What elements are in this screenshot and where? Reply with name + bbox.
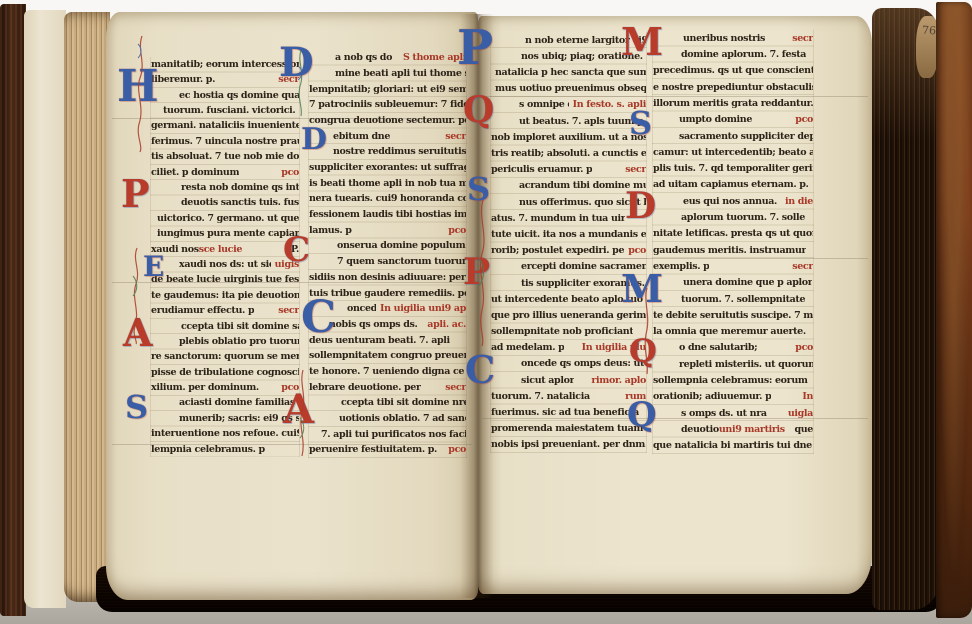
body-text: ad uitam capiamus eternam. p.	[653, 180, 809, 190]
margin-flourish	[640, 286, 654, 376]
margin-flourish	[296, 368, 310, 458]
text-line: pisse de tribulatione cognoscit au	[151, 365, 299, 380]
body-text: la omnia que meremur auerte.	[653, 327, 806, 337]
text-line: fuerimus. sic ad tua beneficia	[491, 404, 646, 420]
body-text: precedimus. qs ut que conscienti	[653, 66, 813, 76]
text-line: la omnia que meremur auerte.	[653, 323, 813, 339]
body-text: que pro illius ueneranda gerim9	[491, 311, 646, 321]
body-text: 7. apli tui purificatos nos faciat	[321, 430, 466, 440]
text-line: ec hostia qs domine qua in sce	[151, 88, 299, 103]
body-text: tris reatib; absoluti. a cunctis et	[491, 149, 646, 159]
body-text: lempnitatib; gloriari: ut ei9 semp	[309, 85, 466, 95]
text-line: fessionem laudis tibi hostias immo	[309, 207, 466, 223]
text-line: is beati thome apli in nob tua mu	[309, 176, 466, 192]
body-text: sollempnitatem congruo preueni	[309, 351, 466, 361]
body-text: ec hostia qs domine qua in sce	[179, 91, 299, 101]
illuminated-initial: P	[121, 178, 149, 210]
body-text: tute uicit. ita nos a mundanis er	[491, 230, 646, 240]
text-line: periculis eruamur. psecr	[491, 162, 646, 178]
body-text: periculis eruamur. p	[491, 165, 592, 175]
margin-flourish	[128, 246, 144, 346]
illuminated-initial: P	[457, 28, 493, 69]
body-text: uictorico. 7 germano. ut que ore	[157, 214, 299, 224]
illuminated-initial: S	[125, 394, 148, 421]
body-text: domine aplorum. 7. festa	[681, 50, 806, 60]
body-text: mus uotiuo preuenimus obsequio	[495, 84, 646, 94]
body-text: a nob qs do	[335, 53, 392, 63]
body-text: sacramento suppliciter depre	[679, 132, 813, 142]
rubric-text: In	[798, 392, 813, 402]
text-line: te honore. 7 ueniendo digna ce	[309, 364, 466, 380]
body-text: tis absoluat. 7 tue nob mie dona co	[151, 152, 299, 162]
text-line: mine beati apli tui thome so	[309, 66, 466, 82]
body-text: e nostre prepediuntur obstaculis.	[653, 83, 813, 93]
body-text: plis tuis. 7. qd temporaliter gerim9	[653, 164, 813, 174]
text-line: e nostre prepediuntur obstaculis.	[653, 79, 813, 95]
text-line: uneribus nostrissecr	[653, 30, 813, 46]
body-text: te gaudemus: ita pie deuotionis	[151, 291, 299, 301]
body-text: rorib; postulet expediri. per	[491, 246, 624, 256]
text-line: precedimus. qs ut que conscienti	[653, 63, 813, 79]
text-line: nus offerimus. quo sicut be	[491, 194, 646, 210]
text-line: deuotis sanctis tuis. fusciano	[151, 196, 299, 211]
text-line: tuorum. fusciani. victorici. 7	[151, 103, 299, 118]
body-text: lebrare deuotione. per	[309, 383, 421, 393]
body-text: sicut aplor	[521, 376, 574, 386]
body-text: xilium. per dominum.	[151, 383, 259, 393]
left-page-edges	[64, 12, 110, 602]
text-line: s omnipe deus.In festo. s. apli	[491, 97, 646, 113]
rubric-text: rimor. aplo	[587, 376, 646, 386]
illuminated-initial: C	[301, 299, 336, 336]
text-line: ad uitam capiamus eternam. p.	[653, 177, 813, 193]
right-leather-cover	[936, 2, 972, 618]
rubric-text: apli. ac.	[423, 320, 466, 330]
body-text: aplorum tuorum. 7. solle	[681, 213, 805, 223]
body-text: que	[790, 425, 813, 435]
text-line: repleti misteriis. ut quorum	[653, 356, 813, 372]
text-line: promerenda maiestatem tuam p	[491, 421, 646, 437]
body-text: ut beatus. 7. apls tuum p	[519, 117, 643, 127]
body-text: oncede	[347, 304, 376, 314]
illuminated-initial: D	[625, 191, 656, 222]
body-text: resta nob domine qs intuere	[181, 183, 299, 193]
text-line: sollempnitate nob proficiant	[491, 323, 646, 339]
body-text: s omnipe deus.	[519, 100, 569, 110]
body-text: gaudemus meritis. instruamur	[653, 246, 806, 256]
rubric-text: sce lucie	[199, 245, 242, 255]
body-text: manitatib; eorum intercessionib;	[151, 60, 299, 70]
folio-number: 76	[922, 24, 937, 38]
text-line: rorib; postulet expediri. perpco	[491, 242, 646, 258]
rubric-text: pco	[791, 115, 813, 125]
rubric-text: In uigilia uni9 ap	[376, 304, 466, 314]
body-text: atus. 7. mundum in tua uir	[491, 214, 625, 224]
text-line: lebrare deuotione. persecr	[309, 379, 466, 395]
body-text: peruenire festiuitatem. p.	[309, 445, 437, 455]
text-line: o dne salutarib;pco	[653, 340, 813, 356]
body-text: promerenda maiestatem tuam p	[491, 424, 646, 434]
text-line: s omps ds. ut nrauigla	[653, 405, 813, 421]
text-line: exemplis. psecr	[653, 258, 813, 274]
body-text: xaudi nos ds: ut sicut	[179, 260, 271, 270]
body-text: te debite seruitutis suscipe. 7 ma	[653, 311, 813, 321]
text-line: 7 quem sanctorum tuorum pre	[309, 254, 466, 270]
text-line: natalicia p hec sancta que sumpsi	[491, 64, 646, 80]
right-fore-edge	[872, 8, 938, 610]
body-text: is beati thome apli in nob tua mu	[309, 179, 466, 189]
text-line: te gaudemus: ita pie deuotionis	[151, 288, 299, 303]
body-text: iungimus pura mente capiam9	[157, 229, 299, 239]
text-line: munerib; sacris: ei9 qs semp	[151, 411, 299, 426]
rubric-text: S thome apli	[399, 53, 466, 63]
text-line: nob imploret auxilium. ut a nos	[491, 129, 646, 145]
text-line: lempnitatib; gloriari: ut ei9 semp	[309, 81, 466, 97]
text-line: re sanctorum: quorum se meritis perce	[151, 349, 299, 364]
body-text: nitate letificas. presta qs ut quoru	[653, 229, 813, 239]
text-line: xilium. per dominum.pco	[151, 380, 299, 395]
rubric-text: secr	[788, 34, 813, 44]
text-line: ut beatus. 7. apls tuum p	[491, 113, 646, 129]
body-text: te honore. 7 ueniendo digna ce	[309, 367, 464, 377]
body-text: umpto domine	[679, 115, 752, 125]
illuminated-initial: S	[629, 110, 652, 137]
text-line: oncede qs omps deus: ut	[491, 356, 646, 372]
text-line: resta nob domine qs intuere	[151, 180, 299, 195]
text-line: eus qui nos annua.in die	[653, 193, 813, 209]
body-text: eus qui nos annua.	[683, 197, 777, 207]
rubric-text: secr	[441, 132, 466, 142]
text-line: que natalicia bi martiris tui dne	[653, 437, 813, 453]
text-line: ciliet. p dominumpco	[151, 165, 299, 180]
illuminated-initial: M	[621, 26, 663, 58]
body-text: liberemur. p.	[151, 75, 215, 85]
text-line: de beate lucie uirginis tue festiuita	[151, 272, 299, 287]
left-page-column-1: manitatib; eorum intercessionib;liberemu…	[150, 57, 300, 457]
body-text: de beate lucie uirginis tue festiuita	[151, 275, 299, 285]
rubric-text: uni9 martiris	[719, 425, 785, 435]
margin-flourish	[294, 48, 308, 118]
body-text: germani. nataliciis inuenientes of	[151, 121, 299, 131]
margin-flourish	[134, 34, 148, 154]
text-line: tuorum. 7. sollempnitate	[653, 291, 813, 307]
body-text: s omps ds. ut nra	[681, 409, 767, 419]
body-text: tuorum. 7. natalicia	[491, 392, 590, 402]
rubric-text: secr	[621, 165, 646, 175]
illuminated-initial: C	[465, 354, 495, 386]
left-page-column-2: a nob qs doS thome aplimine beati apli t…	[308, 50, 467, 458]
body-text: interuentione nos refoue. cui9 so	[151, 429, 299, 439]
text-line: sollempnia celebramus: eorum	[653, 372, 813, 388]
body-text: nob imploret auxilium. ut a nos	[491, 133, 646, 143]
body-text: uotionis oblatio. 7 ad sancta	[339, 414, 466, 424]
text-line: plebis oblatio pro tuorum hono	[151, 334, 299, 349]
body-text: unera domine que p aplor	[683, 278, 812, 288]
left-leather-cover	[0, 4, 26, 616]
text-line: sacramento suppliciter depre	[653, 128, 813, 144]
rubric-text: in die	[781, 197, 813, 207]
text-line: sicut aplorrimor. aplo	[491, 372, 646, 388]
text-line: tuorum. 7. nataliciarum	[491, 388, 646, 404]
body-text: nobis ipsi preueniant. per dnm.	[491, 440, 646, 450]
text-line: interuentione nos refoue. cui9 so	[151, 426, 299, 441]
illuminated-initial: Q	[463, 95, 494, 126]
text-line: mus uotiuo preuenimus obsequio	[491, 81, 646, 97]
illuminated-initial: Q	[627, 401, 656, 430]
text-line: nitate letificas. presta qs ut quoru	[653, 226, 813, 242]
text-line: liberemur. p.secr	[151, 72, 299, 87]
text-line: uictorico. 7 germano. ut que ore	[151, 211, 299, 226]
text-line: sidiis non desinis adiuuare: perpe	[309, 270, 466, 286]
body-text: sollempnitate nob proficiant	[491, 327, 633, 337]
body-text: plebis oblatio pro tuorum hono	[179, 337, 299, 347]
text-line: xaudi nos ds: ut sicutuigis	[151, 257, 299, 272]
body-text: sidiis non desinis adiuuare: perpe	[309, 273, 466, 283]
left-flyleaf	[24, 10, 66, 608]
body-text: re sanctorum: quorum se meritis perce	[151, 352, 299, 362]
text-line: lempnia celebramus. p	[151, 442, 299, 457]
text-line: atus. 7. mundum in tua uir	[491, 210, 646, 226]
body-text: illorum meritis grata reddantur. p.	[653, 99, 813, 109]
body-text: tuorum. 7. sollempnitate	[681, 295, 805, 305]
body-text: 7 patrociniis subleuemur: 7 fide	[309, 100, 466, 110]
body-text: sollempnia celebramus: eorum	[653, 376, 808, 386]
text-line: gaudemus meritis. instruamur	[653, 242, 813, 258]
text-line: domine aplorum. 7. festa	[653, 46, 813, 62]
body-text: pisse de tribulatione cognoscit au	[151, 368, 299, 378]
text-line: umpto dominepco	[653, 111, 813, 127]
rubric-text: secr	[788, 262, 813, 272]
text-line: peruenire festiuitatem. p.pco	[309, 442, 466, 458]
body-text: nobis qs omps ds.	[329, 320, 417, 330]
body-text: nostre reddimus seruitutis	[333, 147, 466, 157]
text-line: 7. apli tui purificatos nos faciat	[309, 427, 466, 443]
body-text: o dne salutarib;	[679, 343, 757, 353]
text-line: te debite seruitutis suscipe. 7 ma	[653, 307, 813, 323]
text-line: plis tuis. 7. qd temporaliter gerim9	[653, 160, 813, 176]
body-text: erudiamur effectu. p	[151, 306, 254, 316]
rubric-text: secr	[274, 306, 299, 316]
body-text: lamus. p	[309, 226, 352, 236]
text-line: tis absoluat. 7 tue nob mie dona co	[151, 149, 299, 164]
text-line: uotionis oblatio. 7 ad sancta	[309, 411, 466, 427]
body-text: 7 quem sanctorum tuorum pre	[337, 257, 466, 267]
illuminated-initial: E	[143, 255, 164, 279]
rubric-text: pco	[444, 445, 466, 455]
text-line: nostre reddimus seruitutis	[309, 144, 466, 160]
right-page-column-2: uneribus nostrissecrdomine aplorum. 7. f…	[652, 30, 814, 454]
text-line: ad medelam. pIn uigilia plu	[491, 340, 646, 356]
body-text: nera tuearis. cui9 honoranda con	[309, 194, 466, 204]
body-text: ccepta tibi sit domine sacrate	[181, 322, 299, 332]
text-line: ccepta tibi sit domine sacrate	[151, 319, 299, 334]
text-line: tute uicit. ita nos a mundanis er	[491, 226, 646, 242]
text-line: illorum meritis grata reddantur. p.	[653, 95, 813, 111]
text-line: aciasti domine familias tua	[151, 396, 299, 411]
body-text: natalicia p hec sancta que sumpsi	[495, 68, 646, 78]
text-line: manitatib; eorum intercessionib;	[151, 57, 299, 72]
body-text: ciliet. p dominum	[151, 168, 239, 178]
body-text: fessionem laudis tibi hostias immo	[309, 210, 466, 220]
body-text: onserua domine populum tuum	[337, 241, 466, 251]
body-text: deuotio	[681, 425, 719, 435]
text-line: congrua deuotione sectemur. per	[309, 113, 466, 129]
text-line: nera tuearis. cui9 honoranda con	[309, 191, 466, 207]
body-text: oncede qs omps deus: ut	[521, 359, 644, 369]
text-line: deuotiouni9 martiris que	[653, 421, 813, 437]
rubric-text: uigla	[784, 409, 813, 419]
text-line: ferimus. 7 uincula nostre prauita	[151, 134, 299, 149]
body-text: deuotis sanctis tuis. fusciano	[181, 198, 299, 208]
text-line: onserua domine populum tuum	[309, 238, 466, 254]
rubric-text: pco	[624, 246, 646, 256]
text-line: xaudi nos sce lucieP.	[151, 242, 299, 257]
text-line: germani. nataliciis inuenientes of	[151, 119, 299, 134]
text-line: orationib; adiuuemur. pIn	[653, 389, 813, 405]
text-line: acrandum tibi domine mu	[491, 178, 646, 194]
body-text: mine beati apli tui thome so	[335, 69, 466, 79]
body-text: ferimus. 7 uincula nostre prauita	[151, 137, 299, 147]
text-line: 7 patrociniis subleuemur: 7 fide	[309, 97, 466, 113]
text-line: suppliciter exorantes: ut suffragi	[309, 160, 466, 176]
rubric-text: pco	[791, 343, 813, 353]
body-text: uneribus nostris	[683, 34, 765, 44]
text-line: sollempnitatem congruo preueni	[309, 348, 466, 364]
illuminated-initial: C	[283, 236, 310, 265]
text-line: ebitum dnesecr	[309, 128, 466, 144]
text-line: aplorum tuorum. 7. solle	[653, 209, 813, 225]
text-line: tris reatib; absoluti. a cunctis et	[491, 145, 646, 161]
body-text: que natalicia bi martiris tui dne	[653, 441, 812, 451]
body-text: congrua deuotione sectemur. per	[309, 116, 466, 126]
text-line: ccepta tibi sit domine nre de	[309, 395, 466, 411]
text-line: lamus. ppco	[309, 223, 466, 239]
text-line: nobis ipsi preueniant. per dnm.	[491, 437, 646, 453]
body-text: camur: ut intercedentib; beato a	[653, 148, 813, 158]
manuscript-photo-scene: 76 manitatib; eorum intercessionib;liber…	[0, 0, 972, 624]
body-text: ad medelam. p	[491, 343, 564, 353]
text-line: erudiamur effectu. psecr	[151, 303, 299, 318]
illuminated-initial: D	[301, 127, 327, 153]
text-line: a nob qs doS thome apli	[309, 50, 466, 66]
rubric-text: pco	[277, 168, 299, 178]
body-text: suppliciter exorantes: ut suffragi	[309, 163, 466, 173]
body-text: tuorum. fusciani. victorici. 7	[163, 106, 299, 116]
text-line: iungimus pura mente capiam9	[151, 226, 299, 241]
body-text: ccepta tibi sit domine nre de	[341, 398, 466, 408]
body-text: repleti misteriis. ut quorum	[679, 360, 813, 370]
body-text: munerib; sacris: ei9 qs semp	[179, 414, 299, 424]
body-text: fuerimus. sic ad tua beneficia	[491, 408, 639, 418]
text-line: unera domine que p aplor	[653, 274, 813, 290]
rubric-text: secr	[441, 383, 466, 393]
text-line: camur: ut intercedentib; beato a	[653, 144, 813, 160]
right-page-column-1: n nob eterne largitor ei9nos ubiq; piaq;…	[490, 32, 647, 453]
rubric-text: pco	[444, 226, 466, 236]
body-text: lempnia celebramus. p	[151, 445, 265, 455]
body-text: ebitum dne	[333, 132, 390, 142]
body-text: aciasti domine familias tua	[179, 398, 299, 408]
body-text: orationib; adiuuemur. p	[653, 392, 771, 402]
margin-flourish	[474, 198, 490, 348]
